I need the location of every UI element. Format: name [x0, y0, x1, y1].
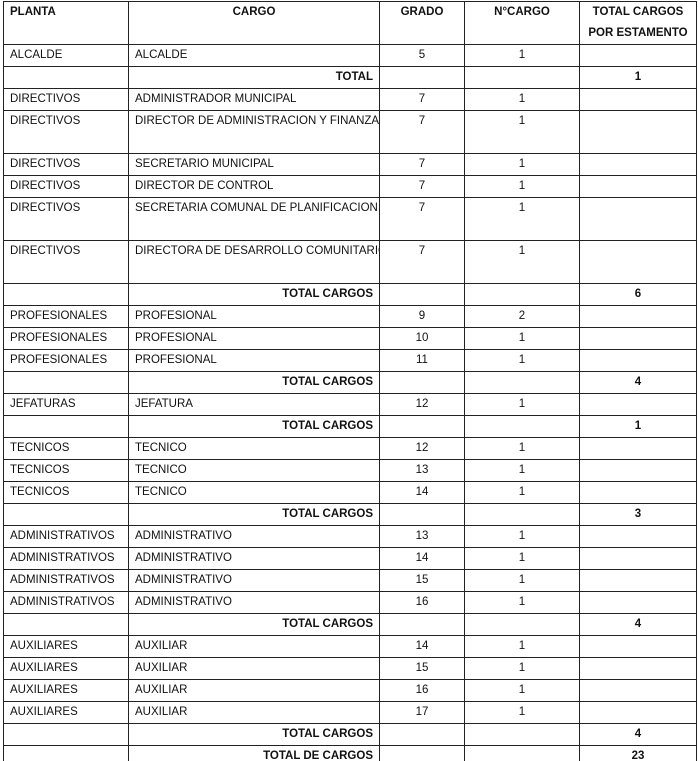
table-row: DIRECTIVOSSECRETARIO MUNICIPAL71 [4, 154, 697, 176]
ncargo-cell [465, 372, 580, 394]
header-row: PLANTA CARGO GRADO N°CARGO TOTAL CARGOS … [4, 2, 697, 45]
grado-cell: 14 [380, 548, 465, 570]
total-cell [580, 482, 697, 504]
total-cell [580, 154, 697, 176]
total-label: TOTAL DE CARGOS [129, 746, 380, 761]
ncargo-cell: 1 [465, 394, 580, 416]
header-planta: PLANTA [4, 2, 129, 45]
planta-cell: AUXILIARES [4, 680, 129, 702]
planta-cell: PROFESIONALES [4, 306, 129, 328]
grado-cell: 13 [380, 526, 465, 548]
table-row: TECNICOSTECNICO141 [4, 482, 697, 504]
table-row: DIRECTIVOSSECRETARIA COMUNAL DE PLANIFIC… [4, 198, 697, 241]
header-grado: GRADO [380, 2, 465, 45]
ncargo-cell: 1 [465, 548, 580, 570]
planta-cell: DIRECTIVOS [4, 89, 129, 111]
planta-cell: DIRECTIVOS [4, 111, 129, 154]
ncargo-cell: 1 [465, 636, 580, 658]
table-row: AUXILIARESAUXILIAR151 [4, 658, 697, 680]
grado-cell: 7 [380, 111, 465, 154]
ncargo-cell [465, 504, 580, 526]
total-cell [580, 548, 697, 570]
cargo-cell: AUXILIAR [129, 636, 380, 658]
total-value: 1 [580, 67, 697, 89]
ncargo-cell: 1 [465, 176, 580, 198]
cargo-cell: ALCALDE [129, 45, 380, 67]
grado-cell: 12 [380, 394, 465, 416]
table-row: ADMINISTRATIVOSADMINISTRATIVO131 [4, 526, 697, 548]
grado-cell: 10 [380, 328, 465, 350]
grado-cell [380, 504, 465, 526]
planta-cell [4, 746, 129, 761]
ncargo-cell: 1 [465, 570, 580, 592]
cargo-cell: SECRETARIA COMUNAL DE PLANIFICACION [129, 198, 380, 241]
ncargo-cell: 1 [465, 198, 580, 241]
total-cell [580, 198, 697, 241]
total-value: 1 [580, 416, 697, 438]
total-cell [580, 328, 697, 350]
header-total-por-estamento: TOTAL CARGOS POR ESTAMENTO [580, 2, 697, 45]
table-row: DIRECTIVOSDIRECTOR DE CONTROL71 [4, 176, 697, 198]
ncargo-cell [465, 746, 580, 761]
header-ncargo: N°CARGO [465, 2, 580, 45]
ncargo-cell: 1 [465, 702, 580, 724]
total-row: TOTAL CARGOS4 [4, 724, 697, 746]
grado-cell [380, 614, 465, 636]
ncargo-cell: 1 [465, 89, 580, 111]
planta-cell [4, 67, 129, 89]
planta-cell [4, 724, 129, 746]
total-cell [580, 702, 697, 724]
grado-cell [380, 416, 465, 438]
table-row: TECNICOSTECNICO131 [4, 460, 697, 482]
cargo-cell: JEFATURA [129, 394, 380, 416]
cargo-cell: AUXILIAR [129, 658, 380, 680]
total-value: 4 [580, 724, 697, 746]
cargo-cell: ADMINISTRATIVO [129, 526, 380, 548]
grado-cell [380, 746, 465, 761]
total-cell [580, 526, 697, 548]
total-cell [580, 241, 697, 284]
table-body: ALCALDEALCALDE51TOTAL1DIRECTIVOSADMINIST… [4, 45, 697, 761]
planta-cell [4, 284, 129, 306]
table-row: ADMINISTRATIVOSADMINISTRATIVO151 [4, 570, 697, 592]
grado-cell: 11 [380, 350, 465, 372]
cargo-cell: ADMINISTRATIVO [129, 570, 380, 592]
table-row: DIRECTIVOSDIRECTOR DE ADMINISTRACION Y F… [4, 111, 697, 154]
header-cargo: CARGO [129, 2, 380, 45]
total-cell [580, 111, 697, 154]
ncargo-cell: 1 [465, 350, 580, 372]
grado-cell [380, 372, 465, 394]
planta-cell: TECNICOS [4, 482, 129, 504]
cargo-cell: PROFESIONAL [129, 350, 380, 372]
total-cell [580, 658, 697, 680]
total-cell [580, 680, 697, 702]
ncargo-cell [465, 67, 580, 89]
total-value: 3 [580, 504, 697, 526]
cargo-cell: PROFESIONAL [129, 328, 380, 350]
planta-cell: JEFATURAS [4, 394, 129, 416]
grado-cell: 7 [380, 176, 465, 198]
total-label: TOTAL CARGOS [129, 284, 380, 306]
total-label: TOTAL [129, 67, 380, 89]
total-cell [580, 592, 697, 614]
planta-cell: AUXILIARES [4, 636, 129, 658]
cargo-cell: AUXILIAR [129, 702, 380, 724]
total-cell [580, 89, 697, 111]
total-cell [580, 45, 697, 67]
planta-cell: ADMINISTRATIVOS [4, 570, 129, 592]
total-row: TOTAL CARGOS6 [4, 284, 697, 306]
cargo-cell: TECNICO [129, 482, 380, 504]
ncargo-cell: 1 [465, 328, 580, 350]
total-cell [580, 460, 697, 482]
planta-cell: TECNICOS [4, 460, 129, 482]
grado-cell [380, 67, 465, 89]
planta-cell: PROFESIONALES [4, 328, 129, 350]
table-row: ADMINISTRATIVOSADMINISTRATIVO161 [4, 592, 697, 614]
planta-cell [4, 416, 129, 438]
total-value: 4 [580, 372, 697, 394]
ncargo-cell: 1 [465, 111, 580, 154]
table-row: ADMINISTRATIVOSADMINISTRATIVO141 [4, 548, 697, 570]
table-row: AUXILIARESAUXILIAR141 [4, 636, 697, 658]
planta-cell: PROFESIONALES [4, 350, 129, 372]
ncargo-cell: 1 [465, 241, 580, 284]
table-row: ALCALDEALCALDE51 [4, 45, 697, 67]
ncargo-cell: 1 [465, 438, 580, 460]
staff-positions-table: PLANTA CARGO GRADO N°CARGO TOTAL CARGOS … [3, 1, 697, 761]
planta-cell [4, 372, 129, 394]
ncargo-cell [465, 416, 580, 438]
grado-cell: 7 [380, 154, 465, 176]
planta-cell: DIRECTIVOS [4, 198, 129, 241]
table-row: PROFESIONALESPROFESIONAL101 [4, 328, 697, 350]
grado-cell: 9 [380, 306, 465, 328]
grado-cell [380, 284, 465, 306]
total-cell [580, 438, 697, 460]
total-row: TOTAL CARGOS3 [4, 504, 697, 526]
grado-cell: 7 [380, 241, 465, 284]
total-label: TOTAL CARGOS [129, 504, 380, 526]
grado-cell: 5 [380, 45, 465, 67]
total-label: TOTAL CARGOS [129, 416, 380, 438]
ncargo-cell [465, 284, 580, 306]
cargo-cell: DIRECTORA DE DESARROLLO COMUNITARIO [129, 241, 380, 284]
planta-cell: DIRECTIVOS [4, 241, 129, 284]
total-cell [580, 570, 697, 592]
table-row: JEFATURASJEFATURA121 [4, 394, 697, 416]
total-value: 6 [580, 284, 697, 306]
grado-cell: 14 [380, 482, 465, 504]
table-row: PROFESIONALESPROFESIONAL92 [4, 306, 697, 328]
cargo-cell: ADMINISTRADOR MUNICIPAL [129, 89, 380, 111]
ncargo-cell: 1 [465, 460, 580, 482]
planta-cell: ALCALDE [4, 45, 129, 67]
grado-cell: 15 [380, 570, 465, 592]
ncargo-cell: 1 [465, 680, 580, 702]
planta-cell: ADMINISTRATIVOS [4, 548, 129, 570]
planta-cell: AUXILIARES [4, 702, 129, 724]
cargo-cell: AUXILIAR [129, 680, 380, 702]
planta-cell: AUXILIARES [4, 658, 129, 680]
cargo-cell: ADMINISTRATIVO [129, 592, 380, 614]
total-row: TOTAL CARGOS4 [4, 614, 697, 636]
cargo-cell: DIRECTOR DE ADMINISTRACION Y FINANZAS [129, 111, 380, 154]
grado-cell [380, 724, 465, 746]
planta-cell: DIRECTIVOS [4, 154, 129, 176]
planta-cell: TECNICOS [4, 438, 129, 460]
ncargo-cell: 1 [465, 482, 580, 504]
total-label: TOTAL CARGOS [129, 724, 380, 746]
table-row: AUXILIARESAUXILIAR161 [4, 680, 697, 702]
ncargo-cell: 1 [465, 658, 580, 680]
total-row: TOTAL CARGOS1 [4, 416, 697, 438]
total-row: TOTAL CARGOS4 [4, 372, 697, 394]
grado-cell: 16 [380, 592, 465, 614]
table-row: DIRECTIVOSADMINISTRADOR MUNICIPAL71 [4, 89, 697, 111]
planta-cell [4, 504, 129, 526]
cargo-cell: TECNICO [129, 438, 380, 460]
cargo-cell: PROFESIONAL [129, 306, 380, 328]
planta-cell [4, 614, 129, 636]
planta-cell: ADMINISTRATIVOS [4, 526, 129, 548]
planta-cell: DIRECTIVOS [4, 176, 129, 198]
grado-cell: 15 [380, 658, 465, 680]
ncargo-cell [465, 724, 580, 746]
total-cell [580, 636, 697, 658]
ncargo-cell: 2 [465, 306, 580, 328]
ncargo-cell: 1 [465, 154, 580, 176]
table-row: PROFESIONALESPROFESIONAL111 [4, 350, 697, 372]
total-label: TOTAL CARGOS [129, 614, 380, 636]
total-row: TOTAL1 [4, 67, 697, 89]
ncargo-cell [465, 614, 580, 636]
ncargo-cell: 1 [465, 592, 580, 614]
cargo-cell: ADMINISTRATIVO [129, 548, 380, 570]
total-value: 23 [580, 746, 697, 761]
table-row: AUXILIARESAUXILIAR171 [4, 702, 697, 724]
total-label: TOTAL CARGOS [129, 372, 380, 394]
table-row: TECNICOSTECNICO121 [4, 438, 697, 460]
total-row: TOTAL DE CARGOS23 [4, 746, 697, 761]
grado-cell: 14 [380, 636, 465, 658]
grado-cell: 16 [380, 680, 465, 702]
grado-cell: 12 [380, 438, 465, 460]
grado-cell: 7 [380, 198, 465, 241]
grado-cell: 13 [380, 460, 465, 482]
grado-cell: 17 [380, 702, 465, 724]
table-row: DIRECTIVOSDIRECTORA DE DESARROLLO COMUNI… [4, 241, 697, 284]
ncargo-cell: 1 [465, 45, 580, 67]
grado-cell: 7 [380, 89, 465, 111]
total-value: 4 [580, 614, 697, 636]
total-cell [580, 350, 697, 372]
cargo-cell: SECRETARIO MUNICIPAL [129, 154, 380, 176]
ncargo-cell: 1 [465, 526, 580, 548]
cargo-cell: TECNICO [129, 460, 380, 482]
total-cell [580, 306, 697, 328]
planta-cell: ADMINISTRATIVOS [4, 592, 129, 614]
total-cell [580, 176, 697, 198]
cargo-cell: DIRECTOR DE CONTROL [129, 176, 380, 198]
total-cell [580, 394, 697, 416]
